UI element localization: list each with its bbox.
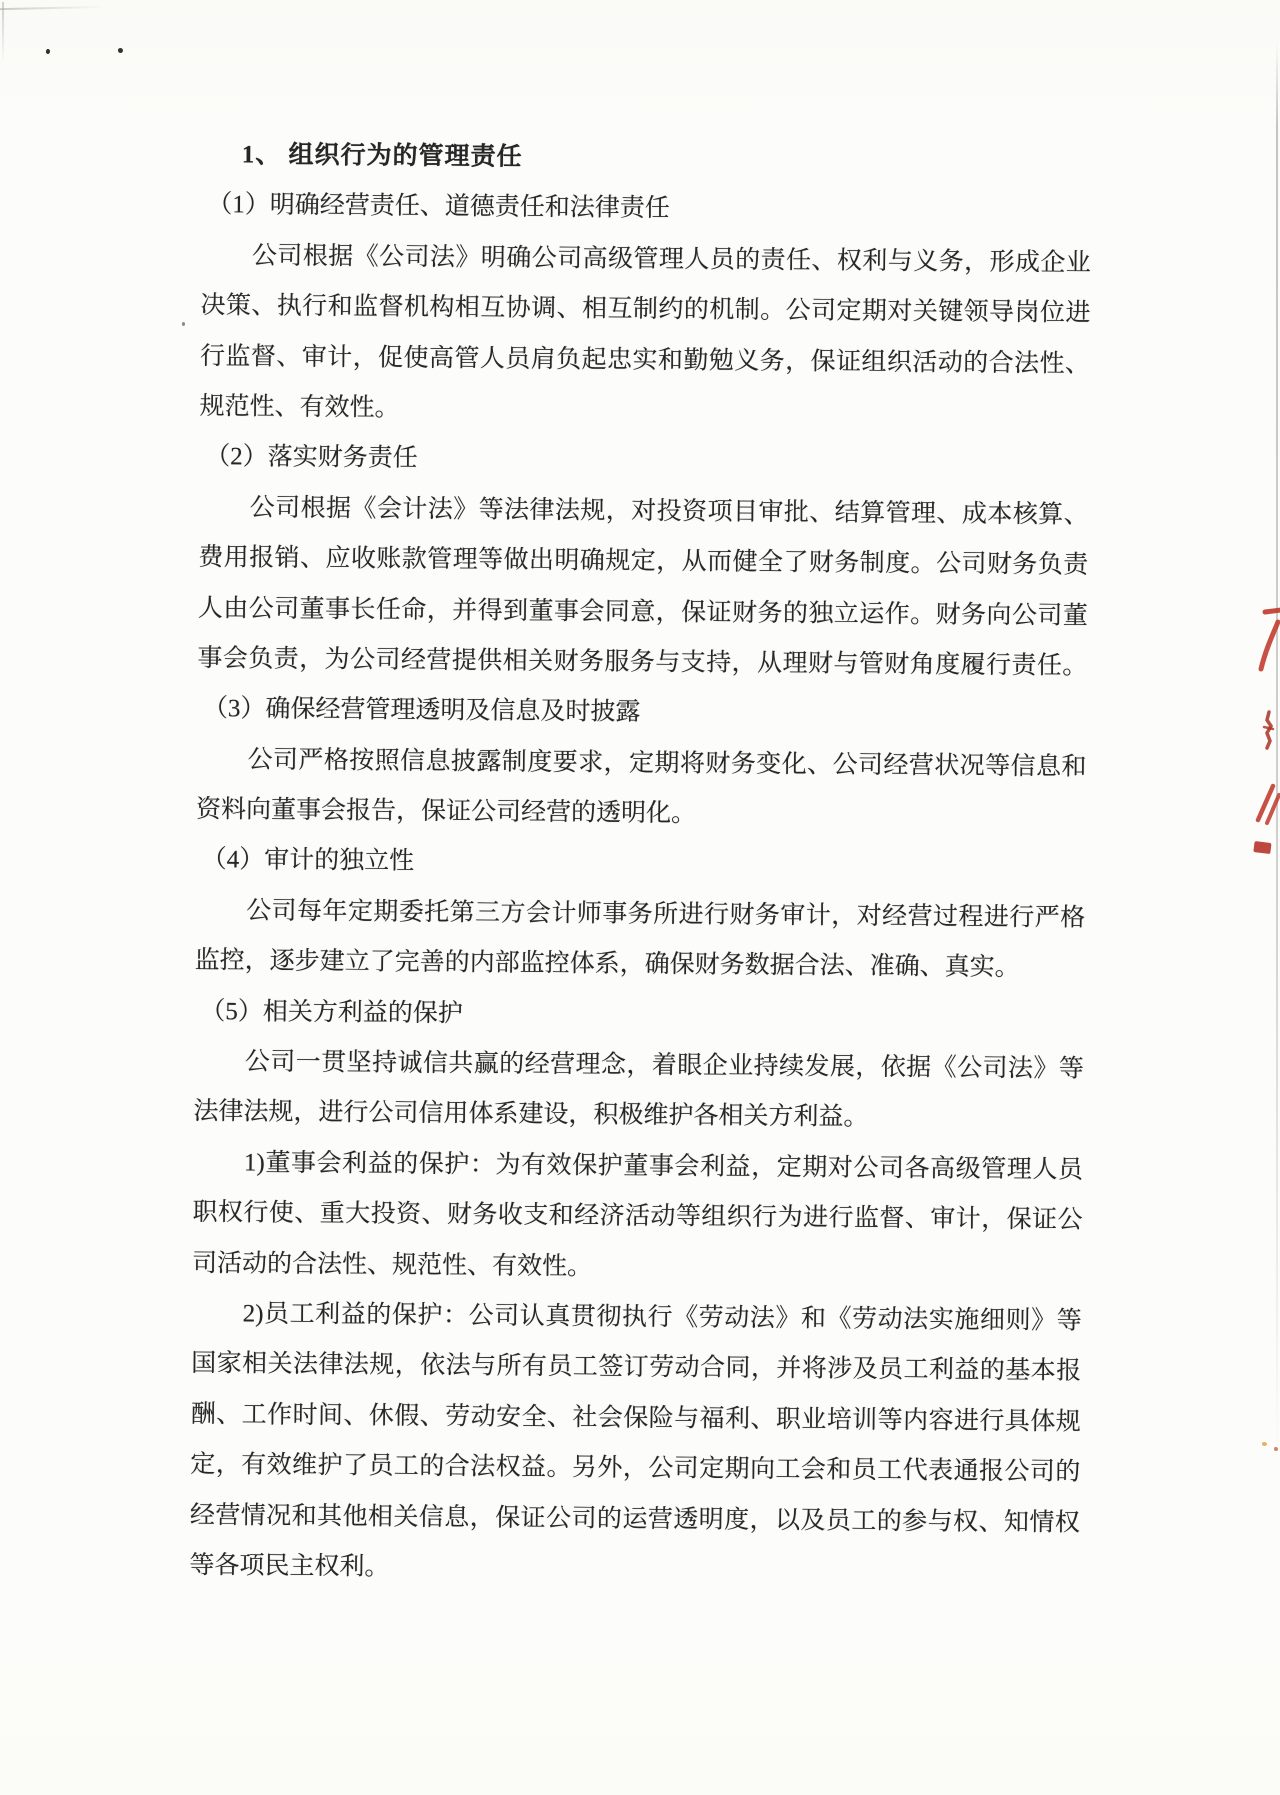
subsection-heading: （5）相关方利益的保护 — [194, 987, 1084, 1045]
text-line: 规范性、有效性。 — [199, 382, 1089, 440]
text-line: 公司一贯坚持诚信共赢的经营理念，着眼企业持续发展，依据《公司法》等 — [194, 1037, 1084, 1095]
text-line: 定，有效维护了员工的合法权益。另外，公司定期向工会和员工代表通报公司的 — [190, 1440, 1080, 1498]
ink-speck — [1262, 1442, 1267, 1446]
text-line: 公司每年定期委托第三方会计师事务所进行财务审计，对经营过程进行严格 — [195, 886, 1085, 944]
text-line: 监控，逐步建立了完善的内部监控体系，确保财务数据合法、准确、真实。 — [195, 936, 1085, 994]
text-line: 酬、工作时间、休假、劳动安全、社会保险与福利、职业培训等内容进行具体规 — [191, 1390, 1081, 1448]
text-line: 经营情况和其他相关信息，保证公司的运营透明度，以及员工的参与权、知情权 — [190, 1490, 1080, 1548]
ink-speck — [182, 322, 185, 326]
text-line: 等各项民主权利。 — [189, 1541, 1079, 1599]
text-line: 法律法规，进行公司信用体系建设，积极维护各相关方利益。 — [193, 1087, 1083, 1145]
list-item-line: 1)董事会利益的保护：为有效保护董事会利益，定期对公司各高级管理人员 — [193, 1138, 1083, 1196]
subsection-heading: （2）落实财务责任 — [199, 432, 1089, 490]
page-corner-edge — [2, 2, 4, 64]
subsection-heading: （4）审计的独立性 — [195, 835, 1085, 893]
text-line: 资料向董事会报告，保证公司经营的透明化。 — [196, 785, 1086, 843]
text-line: 国家相关法律法规，依法与所有员工签订劳动合同，并将涉及员工利益的基本报 — [191, 1339, 1081, 1397]
text-line: 公司根据《公司法》明确公司高级管理人员的责任、权利与义务，形成企业 — [201, 231, 1091, 289]
text-line: 公司根据《会计法》等法律法规，对投资项目审批、结算管理、成本核算、 — [198, 483, 1088, 541]
list-item-line: 2)员工利益的保护：公司认真贯彻执行《劳动法》和《劳动法实施细则》等 — [191, 1289, 1081, 1347]
text-line: 费用报销、应收账款管理等做出明确规定，从而健全了财务制度。公司财务负责 — [198, 533, 1088, 591]
text-line: 公司严格按照信息披露制度要求，定期将财务变化、公司经营状况等信息和 — [196, 735, 1086, 793]
text-line: 决策、执行和监督机构相互协调、相互制约的机制。公司定期对关键领导岗位进 — [200, 281, 1090, 339]
ink-speck — [1274, 1447, 1278, 1451]
text-line: 行监督、审计，促使高管人员肩负起忠实和勤勉义务，保证组织活动的合法性、 — [200, 332, 1090, 390]
section-heading: 1、 组织行为的管理责任 — [202, 130, 1092, 188]
text-line: 司活动的合法性、规范性、有效性。 — [192, 1239, 1082, 1297]
subsection-heading: （3）确保经营管理透明及信息及时披露 — [197, 684, 1087, 742]
document-text-block: 1、 组织行为的管理责任 （1）明确经营责任、道德责任和法律责任 公司根据《公司… — [189, 130, 1092, 1599]
text-line: 职权行使、重大投资、财务收支和经济活动等组织行为进行监督、审计，保证公 — [192, 1188, 1082, 1246]
subsection-heading: （1）明确经营责任、道德责任和法律责任 — [201, 180, 1091, 238]
text-line: 事会负责，为公司经营提供相关财务服务与支持，从理财与管财角度履行责任。 — [197, 634, 1087, 692]
text-line: 人由公司董事长任命，并得到董事会同意，保证财务的独立运作。财务向公司董 — [198, 583, 1088, 641]
red-stamp-fragment — [1240, 590, 1280, 890]
